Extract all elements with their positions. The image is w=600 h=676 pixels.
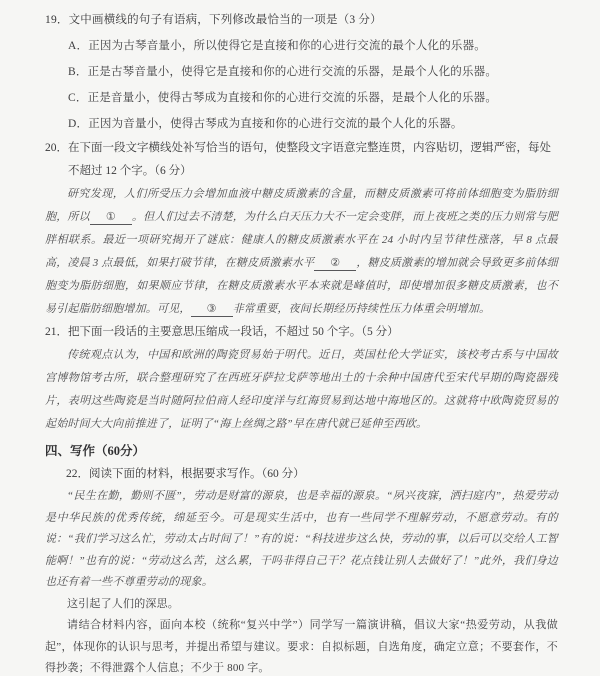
question-22: 22．阅读下面的材料，根据要求写作。（60 分） “民生在勤，勤则不匮”，劳动是… — [45, 463, 558, 676]
question-20-stem: 20．在下面一段文字横线处补写恰当的语句，使整段文字语意完整连贯，内容贴切，逻辑… — [45, 137, 558, 183]
question-21-stem: 21．把下面一段话的主要意思压缩成一段话，不超过 50 个字。（5 分） — [45, 321, 558, 344]
fill-in-blank-①: ① — [90, 210, 132, 225]
question-19-option-b: B．正是古琴音量小，使得它是直接和你的心进行交流的乐器，是最个人化的乐器。 — [68, 59, 558, 85]
question-22-material: “民生在勤，勤则不匮”，劳动是财富的源泉，也是幸福的源泉。“夙兴夜寐，洒扫庭内”… — [45, 486, 558, 594]
question-22-stem: 22．阅读下面的材料，根据要求写作。（60 分） — [66, 463, 558, 486]
question-20-passage: 研究发现，人们所受压力会增加血液中糖皮质激素的含量，而糖皮质激素可将前体细胞变为… — [45, 183, 558, 321]
question-19-option-d: D．正因为音量小，使得古琴成为直接和你的心进行交流的最个人化的乐器。 — [68, 111, 558, 137]
question-19-stem: 19．文中画横线的句子有语病，下列修改最恰当的一项是（3 分） — [45, 7, 558, 33]
question-19: 19．文中画横线的句子有语病，下列修改最恰当的一项是（3 分） A．正因为古琴音… — [45, 7, 558, 137]
question-19-option-c: C．正是音量小，使得古琴成为直接和你的心进行交流的乐器，是最个人化的乐器。 — [68, 85, 558, 111]
exam-page: 19．文中画横线的句子有语病，下列修改最恰当的一项是（3 分） A．正因为古琴音… — [0, 0, 600, 676]
question-19-option-a: A．正因为古琴音量小，所以使得它是直接和你的心进行交流的最个人化的乐器。 — [68, 33, 558, 59]
question-21-passage: 传统观点认为，中国和欧洲的陶瓷贸易始于明代。近日，英国杜伦大学证实，该校考古系与… — [45, 344, 558, 436]
section-4-writing-heading: 四、写作（60分） — [45, 439, 558, 463]
question-21: 21．把下面一段话的主要意思压缩成一段话，不超过 50 个字。（5 分） 传统观… — [45, 321, 558, 436]
fill-in-blank-③: ③ — [191, 302, 233, 317]
question-20: 20．在下面一段文字横线处补写恰当的语句，使整段文字语意完整连贯，内容贴切，逻辑… — [45, 137, 558, 321]
question-22-reflection: 这引起了人们的深思。 — [45, 594, 558, 616]
question-22-instructions: 请结合材料内容，面向本校（统称“复兴中学”）同学写一篇演讲稿，倡议大家“热爱劳动… — [45, 615, 558, 676]
fill-in-blank-②: ② — [314, 256, 356, 271]
